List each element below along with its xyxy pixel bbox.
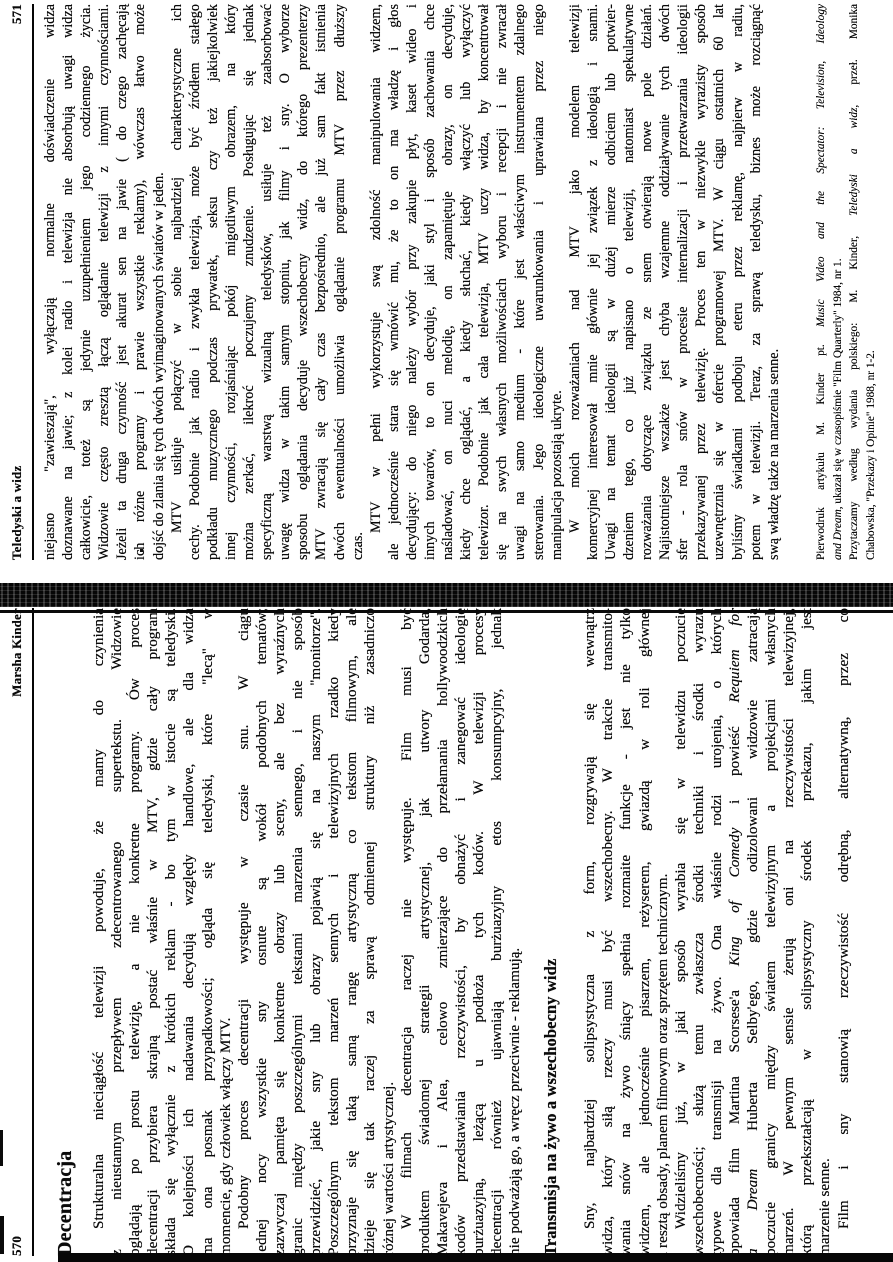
scan-edge-shadow (58, 1253, 893, 1262)
header-rule (32, 608, 34, 1256)
text-line: kodów przedstawiania rzeczywistości, by … (452, 608, 470, 1256)
text-line: manipulacja pozostają ukryte. (548, 4, 566, 560)
text-line: ma ona posmak przypadkowości; ogląda się… (199, 608, 217, 1256)
text-line: sterowania. Jego ideologiczne uwarunkowa… (530, 4, 548, 560)
text-line: Sny, najbardziej solipsystyczna z form, … (581, 608, 599, 1256)
text-line: Film i sny stanowią rzeczywistość odrębn… (835, 608, 853, 1256)
text-line: burżuazyjną, leżącą u podłoża tych kodów… (470, 608, 488, 1256)
text-line: byliśmy świadkami podboju eteru przez re… (729, 4, 747, 560)
text-line: nie podważają go, a wręcz przeciwnie - r… (506, 608, 524, 1256)
text-line: ale jednocześnie stara się wmówić mu, że… (385, 4, 403, 560)
text-line: niejasno "zawieszają", wyłączają normaln… (41, 4, 59, 560)
text-line: naśladować, on nuci melodię, on zapamięt… (439, 4, 457, 560)
text-line: kiedy chce oglądać, a kiedy słuchać, kie… (457, 4, 475, 560)
chapter-title: Teledyski a widz (9, 466, 25, 560)
section-heading: Decentracja (54, 608, 77, 1256)
text-line: produktem świadomej strategii artystyczn… (416, 608, 434, 1256)
scanned-page-image: 570 Marsha Kinder DecentracjaStrukturaln… (0, 0, 893, 1262)
text-line: Najistotniejsze wszakże jest chyba wzaje… (656, 4, 674, 560)
text-line: Poszczególnym tekstom marzeń sennych i t… (325, 608, 343, 1256)
text-line: decydujący: do niego należy wybór przy z… (403, 4, 421, 560)
text-line: O kolejności ich nadawania decydują wzgl… (180, 608, 198, 1256)
text-line: potem w telewizji. Teraz, za sprawą tele… (747, 4, 765, 560)
text-line: MTV w pełni wykorzystuje swą zdolność ma… (367, 4, 385, 560)
text-line: różnej wartości artystycznej. (380, 608, 398, 1256)
footnote-line: and Dream, ukazał się w czasopiśmie "Fil… (830, 4, 847, 560)
text-line: całkowicie, toteż są jedynie uzupełnieni… (77, 4, 95, 560)
text-line: Podobny proces decentracji występuje w c… (235, 608, 253, 1256)
text-line: opowiada film Martina Scorsese'a King of… (726, 608, 744, 1256)
text-line: jednej nocy wszystkie sny osnute są wokó… (253, 608, 271, 1256)
text-line: widzem, ale jednocześnie pisarzem, reżys… (636, 608, 654, 1256)
text-line: MTV usiłuje połączyć w sobie najbardziej… (168, 4, 186, 560)
footnote-line: Przytaczamy według wydania polskiego: M.… (846, 4, 863, 560)
text-line: dzieje się tak raczej za sprawą odmienne… (361, 608, 379, 1256)
page-571: Teledyski a widz 571 niejasno "zawieszaj… (0, 4, 893, 560)
text-line: uwagi na samo medium - które jest właści… (511, 4, 529, 560)
text-line: się na swych własnych możliwościach wybo… (493, 4, 511, 560)
text-line: podkładu muzycznego podczas prywatek, se… (204, 4, 222, 560)
text-line: marzeń. W pewnym sensie żerują oni na rz… (780, 608, 798, 1256)
text-line: przewidzieć, jakie sny lub obrazy pojawi… (307, 608, 325, 1256)
text-line: przekazywanej przez telewizję. Proces te… (692, 4, 710, 560)
book-spread: 570 Marsha Kinder DecentracjaStrukturaln… (0, 0, 893, 1262)
text-line: Uwagi na temat ideologii są w dużej mier… (602, 4, 620, 560)
running-head: Teledyski a widz 571 (0, 4, 25, 560)
text-line: specyficzną warstwą wizualną teledysków,… (258, 4, 276, 560)
text-line: Widzowie często zresztą łączą oglądanie … (95, 4, 113, 560)
text-line: dojść do zlania się tych dwóch wyimagino… (150, 4, 168, 560)
text-line: a Dream Huberta Selby'ego, gdzie odizolo… (744, 608, 762, 1256)
text-line: granic między poszczególnymi tekstami ma… (289, 608, 307, 1256)
page-number: 571 (9, 4, 25, 24)
scan-artifact (0, 1130, 3, 1166)
gutter-shadow-bar (0, 583, 893, 607)
text-line: cechy. Podobnie jak radio i zwykła telew… (186, 4, 204, 560)
text-line: dwóch ewentualności umożliwia oglądanie … (331, 4, 349, 560)
text-line: Makavejeva i Alea, celowo zmierzające do… (434, 608, 452, 1256)
running-head: 570 Marsha Kinder (0, 608, 25, 1256)
section-heading: Transmisja na żywo a wszechobecny widz (541, 608, 561, 1256)
text-line: ich różne programy i prawie wszystkie re… (131, 4, 149, 560)
text-line: widza, który siłą rzeczy musi być wszech… (599, 608, 617, 1256)
text-line: uwagę widza w takim samym stopniu, jak f… (276, 4, 294, 560)
text-line: poczucie granicy między światem telewizy… (762, 608, 780, 1256)
text-line: momencie, gdy człowiek włączy MTV. (217, 608, 235, 1256)
text-line: i resztą obsady, planem filmowym oraz sp… (654, 608, 672, 1256)
text-line: decentracji również ujawniają burżuazyjn… (488, 608, 506, 1256)
text-line: Jeżeli ta druga czynność jest akurat sen… (113, 4, 131, 560)
text-line: komercyjnej interesował mnie głównie jej… (584, 4, 602, 560)
text-line: Widzieliśmy już, w jaki sposób wyrabia s… (672, 608, 690, 1256)
text-line: można zerkać, ilekroć poczujemy znudzeni… (240, 4, 258, 560)
text-line: innej czynności, rozjaśniając pokój migo… (222, 4, 240, 560)
text-line: sposobu oglądania decyduje wszechobecny … (294, 4, 312, 560)
footnote-line: Pierwodruk artykułu M. Kinder pt. Music … (813, 4, 830, 560)
text-line: rozważania dotyczące związku ze snem otw… (638, 4, 656, 560)
text-line: którą przekształcają w solipsystyczny śr… (798, 608, 816, 1256)
page-number: 570 (9, 1236, 25, 1256)
page-body: DecentracjaStrukturalna nieciągłość tele… (54, 608, 853, 1256)
text-line: swą władzę także na marzenia senne. (765, 4, 783, 560)
text-line: innych towarów, to on decyduje, jaki sty… (421, 4, 439, 560)
text-line: z nieustannym przepływem zdecentrowanego… (108, 608, 126, 1256)
author-name: Marsha Kinder (9, 608, 25, 697)
text-line: W moich rozważaniach nad MTV jako modele… (566, 4, 584, 560)
text-line: czas. (349, 4, 367, 560)
text-line: W filmach decentracja raczej nie występu… (398, 608, 416, 1256)
scan-artifact (140, 549, 143, 552)
footnote-line: Chabowska, "Przekazy i Opinie" 1988, nr … (863, 4, 880, 560)
gutter-line (0, 610, 893, 613)
text-line: typowe dla transmisji na żywo. Ona właśn… (708, 608, 726, 1256)
scan-artifact (0, 1216, 4, 1254)
text-line: doznawane na jawie; z kolei radio i tele… (59, 4, 77, 560)
text-line: MTV zwracają się cały czas bezpośrednio,… (312, 4, 330, 560)
text-line: marzenie senne. (816, 608, 834, 1256)
text-line: Strukturalna nieciągłość telewizji powod… (90, 608, 108, 1256)
text-line: oglądają po prostu telewizję, a nie konk… (126, 608, 144, 1256)
text-line: wszechobecności; służą temu zwłaszcza śr… (690, 608, 708, 1256)
text-line: sfer - rola snów w procesie internalizac… (674, 4, 692, 560)
text-line: dzeniem tego, co już napisano o telewizj… (620, 4, 638, 560)
header-rule (32, 4, 34, 560)
page-body: niejasno "zawieszają", wyłączają normaln… (41, 4, 880, 560)
text-line: składa się wyłącznie z krótkich reklam -… (162, 608, 180, 1256)
text-line: telewizor. Podobnie jak cała telewizja, … (475, 4, 493, 560)
text-line: decentracji przybiera skrajną postać wła… (144, 608, 162, 1256)
page-570: 570 Marsha Kinder DecentracjaStrukturaln… (0, 608, 893, 1256)
text-line: wania snów na żywo śniący spełnia rozmai… (617, 608, 635, 1256)
text-line: zazwyczaj pamięta się konkretne obrazy l… (271, 608, 289, 1256)
text-line: uzewnętrznia się w ofercie programowej M… (710, 4, 728, 560)
text-line: przyznaje się taką samą rangę artystyczn… (343, 608, 361, 1256)
